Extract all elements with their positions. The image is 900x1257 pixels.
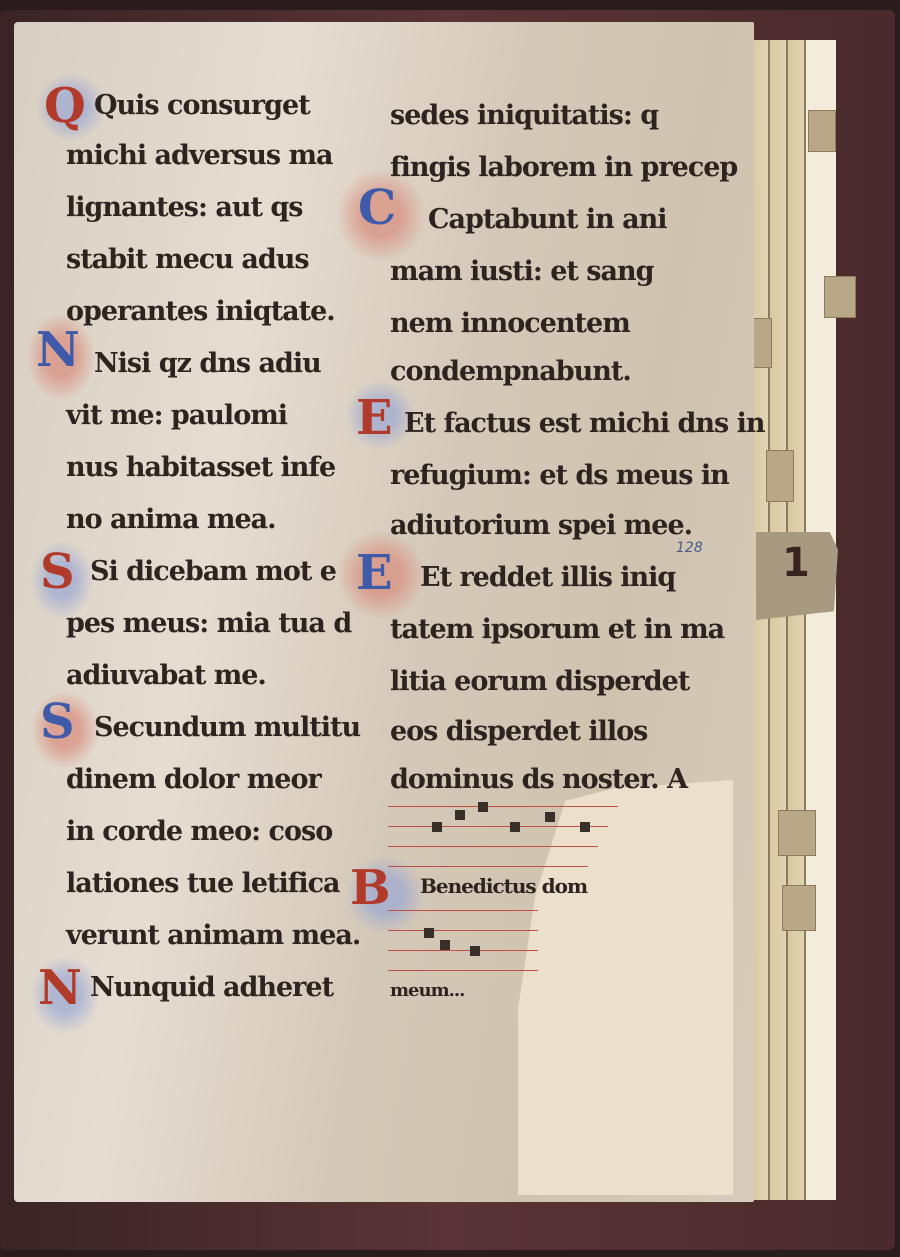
neume [478,802,488,812]
text-line: lationes tue letifica [66,868,340,899]
initial-letter: E [356,390,393,446]
text-line: mam iusti: et sang [390,256,653,287]
text-line: fingis laborem in precep [390,152,737,183]
staff-line [388,970,538,971]
text-line: Quis consurget [94,90,310,121]
staff-line [388,846,598,847]
text-line: Nunquid adheret [90,972,333,1003]
initial-letter: S [40,694,75,750]
neume [470,946,480,956]
staff-line [388,950,538,951]
text-line: tatem ipsorum et in ma [390,614,724,645]
text-line: sedes iniquitatis: q [390,100,658,131]
neume [424,928,434,938]
neume [432,822,442,832]
initial-letter: N [38,960,82,1016]
text-line: Et factus est michi dns in [404,408,765,439]
text-line: litia eorum disperdet [390,666,689,697]
text-line: dinem dolor meor [66,764,321,795]
text-line: condempnabunt. [390,356,631,387]
text-line: meum... [390,980,464,1001]
parchment-tab [824,276,856,318]
neume [510,822,520,832]
initial-letter: B [350,860,391,916]
folio-number: 128 [676,540,703,556]
neume [580,822,590,832]
staff-line [388,806,618,807]
parchment-tab [778,810,816,856]
text-line: Captabunt in ani [428,204,667,235]
text-line: Si dicebam mot e [90,556,336,587]
initial-letter: C [358,180,396,236]
initial-letter: Q [44,78,86,134]
text-line: eos disperdet illos [390,716,647,747]
neume [440,940,450,950]
parchment-tab [808,110,836,152]
text-line: lignantes: aut qs [66,192,302,223]
text-line: no anima mea. [66,504,276,535]
text-line: Nisi qz dns adiu [94,348,321,379]
parchment-tab [782,885,816,931]
staff-line [388,910,538,911]
neume [455,810,465,820]
initial-letter: S [40,544,75,600]
text-line: stabit mecu adus [66,244,309,275]
text-line: pes meus: mia tua d [66,608,351,639]
text-line: nus habitasset infe [66,452,335,483]
initial-letter: E [356,545,393,601]
neume [545,812,555,822]
text-line: michi adversus ma [66,140,333,171]
initial-letter: N [36,322,80,378]
text-line: refugium: et ds meus in [390,460,729,491]
leaf-edge [804,40,836,1200]
text-line: adiuvabat me. [66,660,266,691]
text-line: Benedictus dom [420,874,587,898]
text-line: vit me: paulomi [66,400,287,431]
text-line: adiutorium spei mee. [390,510,692,541]
text-line: Secundum multitu [94,712,360,743]
text-line: verunt animam mea. [66,920,360,951]
numbered-tab-marker: 1 [756,532,838,620]
text-line: in corde meo: coso [66,816,332,847]
parchment-tab [766,450,794,502]
text-line: Et reddet illis iniq [420,562,675,593]
text-line: nem innocentem [390,308,630,339]
text-line: dominus ds noster. A [390,764,687,795]
staff-line [388,866,588,867]
staff-line [388,826,608,827]
staff-line [388,930,538,931]
text-line: operantes iniqtate. [66,296,335,327]
